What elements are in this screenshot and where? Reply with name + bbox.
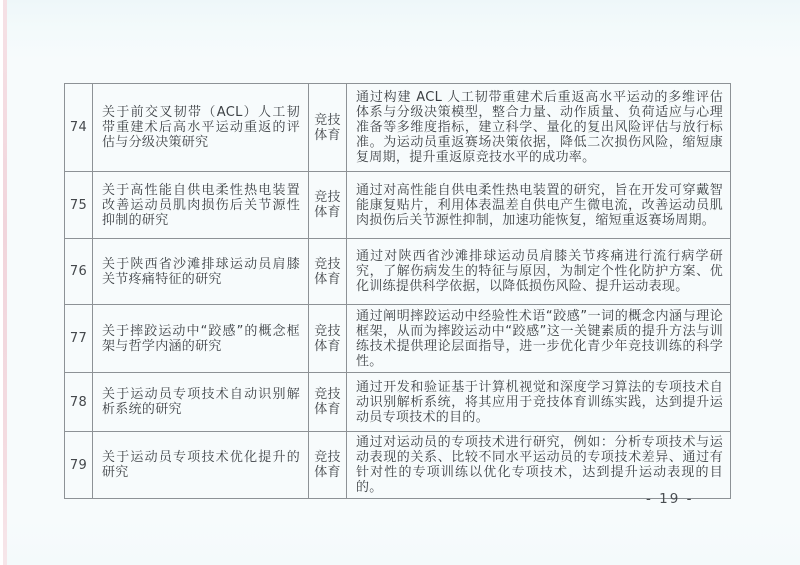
row-number: 75	[65, 172, 93, 239]
scan-edge-pink-strip	[3, 0, 7, 565]
topic-description: 通过对高性能自供电柔性热电装置的研究，旨在开发可穿戴智能康复贴片，利用体表温差自…	[347, 172, 731, 239]
topic-description: 通过对陕西省沙滩排球运动员肩膝关节疼痛进行流行病学研究，了解伤病发生的特征与原因…	[347, 239, 731, 305]
topic-category: 竞技体育	[309, 373, 347, 432]
topic-category: 竞技体育	[309, 172, 347, 239]
topic-category: 竞技体育	[309, 84, 347, 172]
topic-title: 关于运动员专项技术优化提升的研究	[93, 432, 309, 499]
row-number: 78	[65, 373, 93, 432]
row-number: 79	[65, 432, 93, 499]
topic-description: 通过阐明摔跤运动中经验性术语“跤感”一词的概念内涵与理论框架，从而为摔跤运动中“…	[347, 305, 731, 373]
row-number: 76	[65, 239, 93, 305]
topic-description: 通过对运动员的专项技术进行研究，例如：分析专项技术与运动表现的关系、比较不同水平…	[347, 432, 731, 499]
row-number: 74	[65, 84, 93, 172]
topic-title: 关于陕西省沙滩排球运动员肩膝关节疼痛特征的研究	[93, 239, 309, 305]
topic-title: 关于摔跤运动中“跤感”的概念框架与哲学内涵的研究	[93, 305, 309, 373]
topic-description: 通过构建 ACL 人工韧带重建术后重返高水平运动的多维评估体系与分级决策模型，整…	[347, 84, 731, 172]
topic-category: 竞技体育	[309, 305, 347, 373]
table-row: 77 关于摔跤运动中“跤感”的概念框架与哲学内涵的研究 竞技体育 通过阐明摔跤运…	[65, 305, 731, 373]
table-row: 75 关于高性能自供电柔性热电装置改善运动员肌肉损伤后关节源性抑制的研究 竞技体…	[65, 172, 731, 239]
row-number: 77	[65, 305, 93, 373]
topic-title: 关于前交叉韧带（ACL）人工韧带重建术后高水平运动重返的评估与分级决策研究	[93, 84, 309, 172]
scanned-document-page: 74 关于前交叉韧带（ACL）人工韧带重建术后高水平运动重返的评估与分级决策研究…	[0, 0, 800, 565]
table-row: 74 关于前交叉韧带（ACL）人工韧带重建术后高水平运动重返的评估与分级决策研究…	[65, 84, 731, 172]
topic-category: 竞技体育	[309, 239, 347, 305]
topic-category: 竞技体育	[309, 432, 347, 499]
research-topics-table-container: 74 关于前交叉韧带（ACL）人工韧带重建术后高水平运动重返的评估与分级决策研究…	[64, 83, 730, 499]
table-row: 76 关于陕西省沙滩排球运动员肩膝关节疼痛特征的研究 竞技体育 通过对陕西省沙滩…	[65, 239, 731, 305]
table-row: 78 关于运动员专项技术自动识别解析系统的研究 竞技体育 通过开发和验证基于计算…	[65, 373, 731, 432]
research-topics-table: 74 关于前交叉韧带（ACL）人工韧带重建术后高水平运动重返的评估与分级决策研究…	[64, 83, 731, 499]
page-number: - 19 -	[646, 491, 694, 507]
topic-title: 关于运动员专项技术自动识别解析系统的研究	[93, 373, 309, 432]
table-row: 79 关于运动员专项技术优化提升的研究 竞技体育 通过对运动员的专项技术进行研究…	[65, 432, 731, 499]
topic-description: 通过开发和验证基于计算机视觉和深度学习算法的专项技术自动识别解析系统，将其应用于…	[347, 373, 731, 432]
topic-title: 关于高性能自供电柔性热电装置改善运动员肌肉损伤后关节源性抑制的研究	[93, 172, 309, 239]
